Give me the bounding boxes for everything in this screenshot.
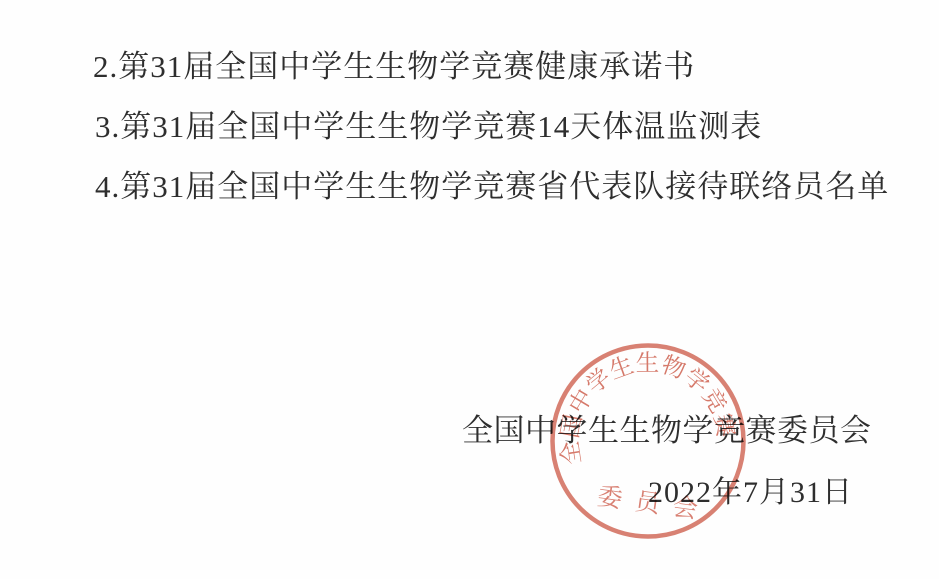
- signature-organization: 全国中学生生物学竞赛委员会: [462, 412, 872, 450]
- document-page: 2.第31届全国中学生生物学竞赛健康承诺书 3.第31届全国中学生生物学竞赛14…: [0, 0, 939, 579]
- attachment-item-4: 4.第31届全国中学生生物学竞赛省代表队接待联络员名单: [95, 168, 889, 206]
- attachment-item-2: 2.第31届全国中学生生物学竞赛健康承诺书: [93, 48, 695, 86]
- signature-date: 2022年7月31日: [648, 474, 853, 512]
- attachment-item-3: 3.第31届全国中学生生物学竞赛14天体温监测表: [95, 108, 762, 146]
